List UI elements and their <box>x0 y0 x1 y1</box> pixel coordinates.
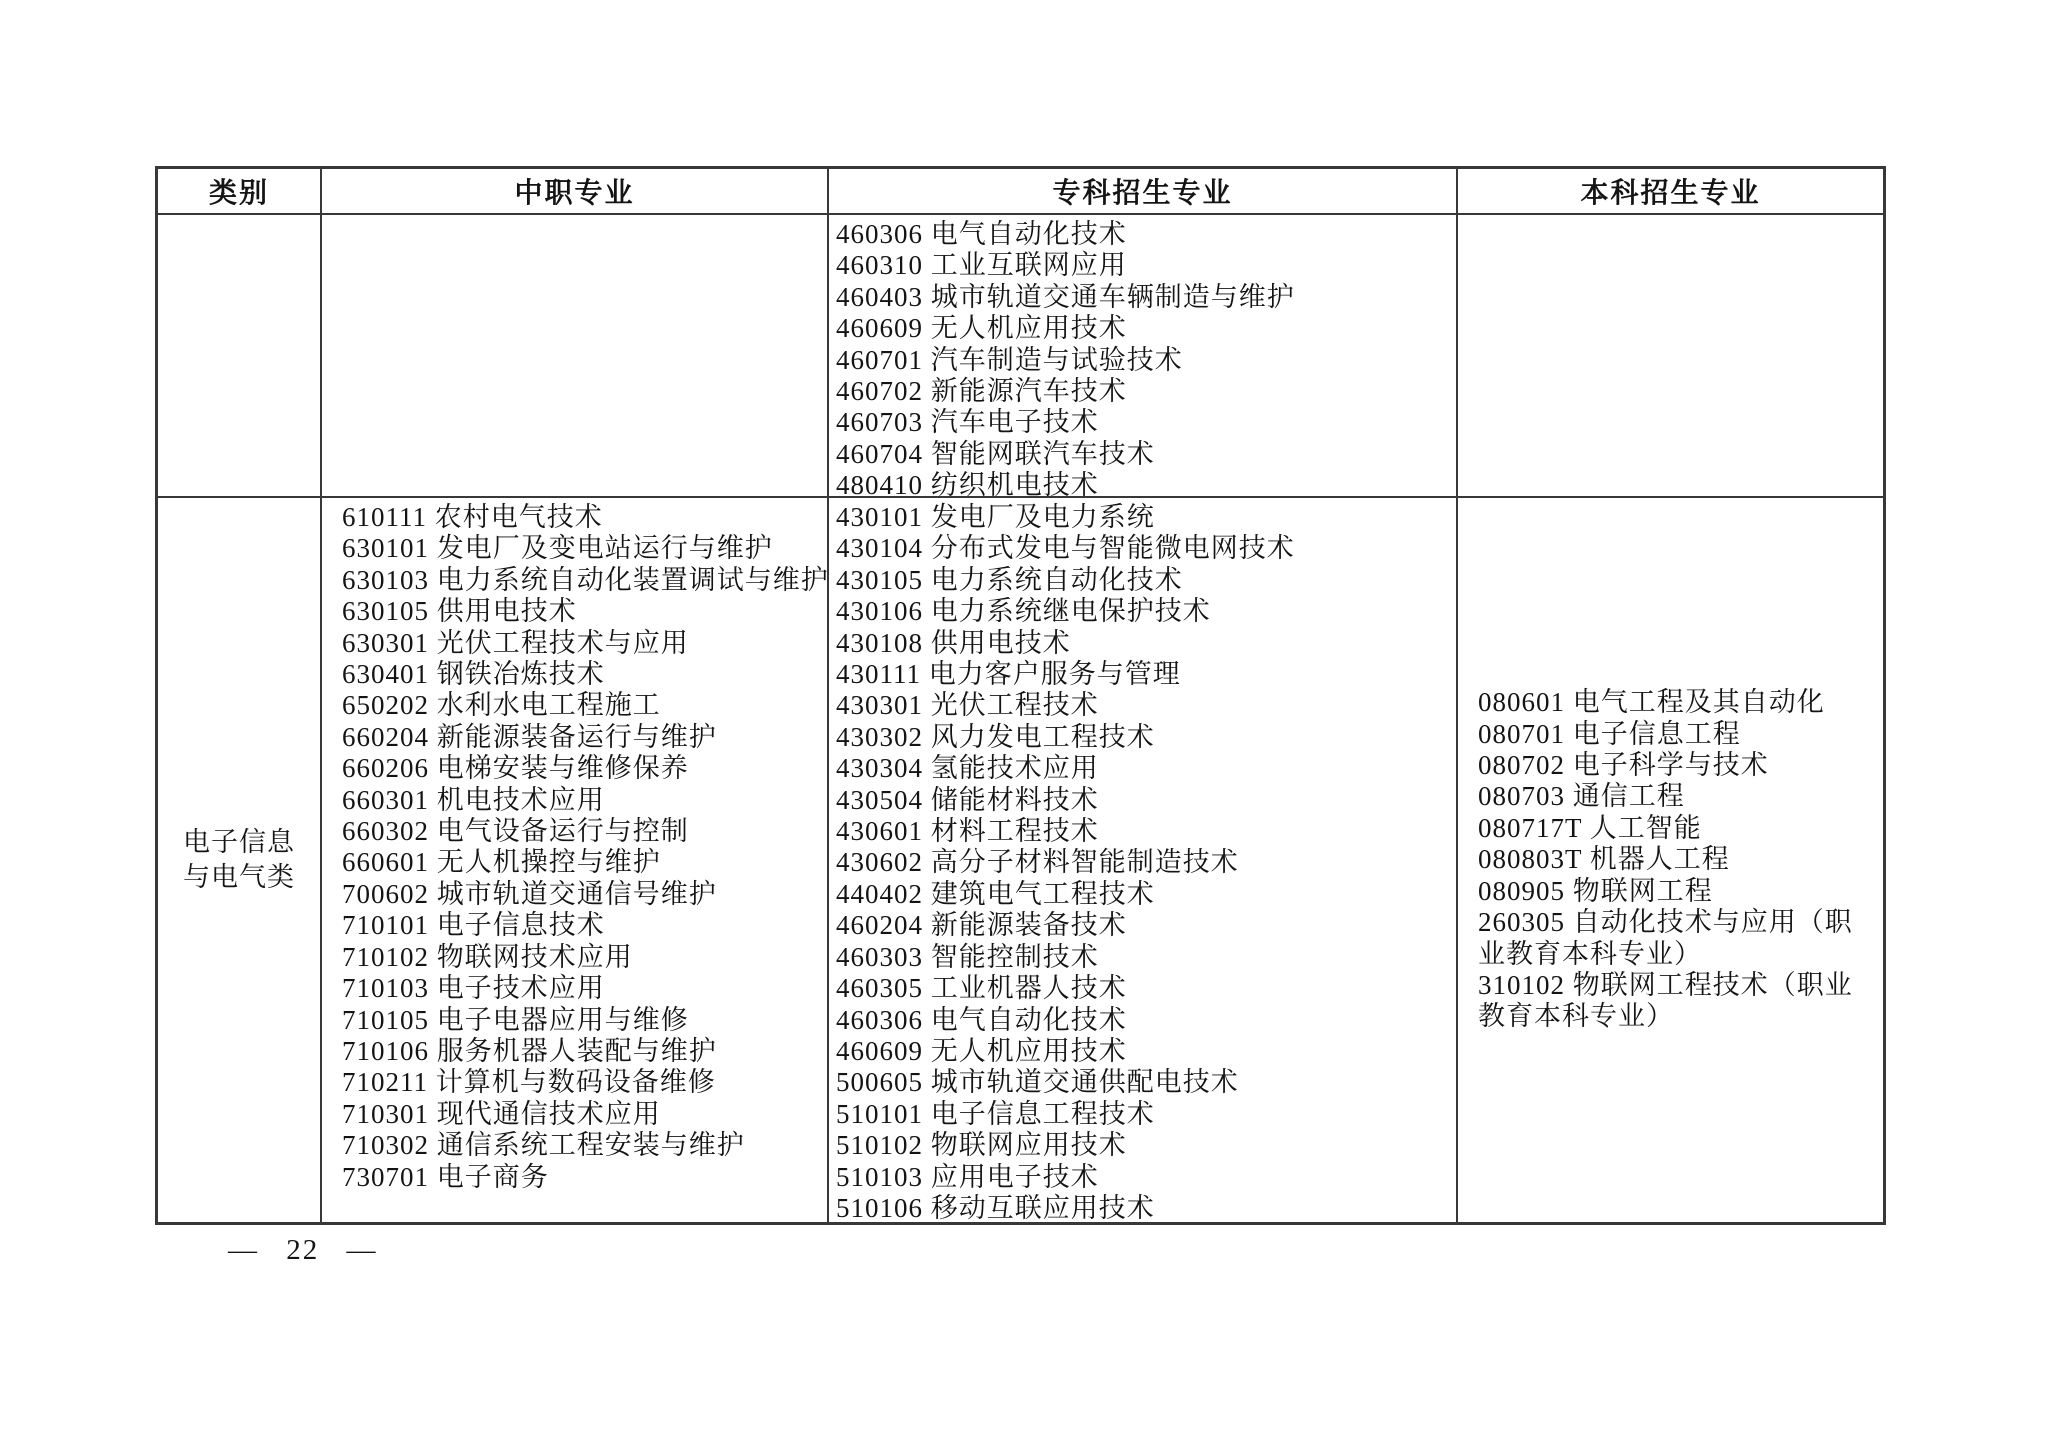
major-item: 440402 建筑电气工程技术 <box>836 879 1456 910</box>
major-item: 630103 电力系统自动化装置调试与维护 <box>342 565 827 596</box>
major-item: 430601 材料工程技术 <box>836 816 1456 847</box>
major-item: 430301 光伏工程技术 <box>836 690 1456 721</box>
page-number: — 22 — <box>228 1234 378 1267</box>
major-item: 260305 自动化技术与应用（职业教育本科专业） <box>1478 907 1875 970</box>
major-item: 630401 钢铁冶炼技术 <box>342 659 827 690</box>
major-item: 710102 物联网技术应用 <box>342 942 827 973</box>
majors-table: 类别 中职专业 专科招生专业 本科招生专业 460306 电气自动化技术4603… <box>155 166 1886 1225</box>
category-line: 电子信息 <box>183 825 295 860</box>
major-item: 710106 服务机器人装配与维护 <box>342 1036 827 1067</box>
major-item: 660204 新能源装备运行与维护 <box>342 722 827 753</box>
header-category: 类别 <box>158 169 322 215</box>
major-item: 080703 通信工程 <box>1478 781 1875 812</box>
major-item: 460306 电气自动化技术 <box>836 1005 1456 1036</box>
major-item: 660301 机电技术应用 <box>342 785 827 816</box>
major-item: 710301 现代通信技术应用 <box>342 1099 827 1130</box>
header-zhongzhi-majors: 中职专业 <box>322 169 829 215</box>
major-item: 730701 电子商务 <box>342 1162 827 1193</box>
major-item: 430302 风力发电工程技术 <box>836 722 1456 753</box>
major-item: 660601 无人机操控与维护 <box>342 847 827 878</box>
document-page: 类别 中职专业 专科招生专业 本科招生专业 460306 电气自动化技术4603… <box>0 0 2048 1448</box>
row1-zhongzhi-cell <box>322 215 829 498</box>
major-item: 430104 分布式发电与智能微电网技术 <box>836 533 1456 564</box>
row1-benke-cell <box>1458 215 1883 498</box>
major-item: 710105 电子电器应用与维修 <box>342 1005 827 1036</box>
major-item: 610111 农村电气技术 <box>342 502 827 533</box>
header-benke-majors: 本科招生专业 <box>1458 169 1883 215</box>
major-item: 430504 储能材料技术 <box>836 785 1456 816</box>
major-item: 460306 电气自动化技术 <box>836 219 1456 250</box>
major-item: 660302 电气设备运行与控制 <box>342 816 827 847</box>
major-item: 630105 供用电技术 <box>342 596 827 627</box>
category-line: 与电气类 <box>183 860 295 895</box>
major-item: 310102 物联网工程技术（职业教育本科专业） <box>1478 970 1875 1033</box>
major-item: 460609 无人机应用技术 <box>836 313 1456 344</box>
major-item: 510103 应用电子技术 <box>836 1162 1456 1193</box>
major-item: 430111 电力客户服务与管理 <box>836 659 1456 690</box>
major-item: 510102 物联网应用技术 <box>836 1130 1456 1161</box>
major-item: 460303 智能控制技术 <box>836 942 1456 973</box>
major-item: 460703 汽车电子技术 <box>836 407 1456 438</box>
major-item: 460305 工业机器人技术 <box>836 973 1456 1004</box>
major-item: 710101 电子信息技术 <box>342 910 827 941</box>
major-item: 460204 新能源装备技术 <box>836 910 1456 941</box>
major-item: 430304 氢能技术应用 <box>836 753 1456 784</box>
major-item: 430101 发电厂及电力系统 <box>836 502 1456 533</box>
row1-category-cell <box>158 215 322 498</box>
row2-category-cell: 电子信息与电气类 <box>158 498 322 1222</box>
major-item: 080702 电子科学与技术 <box>1478 750 1875 781</box>
major-item: 700602 城市轨道交通信号维护 <box>342 879 827 910</box>
row2-zhongzhi-list: 610111 农村电气技术630101 发电厂及变电站运行与维护630103 电… <box>322 498 829 1222</box>
major-item: 080701 电子信息工程 <box>1478 719 1875 750</box>
major-item: 460403 城市轨道交通车辆制造与维护 <box>836 282 1456 313</box>
major-item: 430108 供用电技术 <box>836 628 1456 659</box>
major-item: 460704 智能网联汽车技术 <box>836 439 1456 470</box>
major-item: 460310 工业互联网应用 <box>836 250 1456 281</box>
major-item: 630301 光伏工程技术与应用 <box>342 628 827 659</box>
major-item: 710302 通信系统工程安装与维护 <box>342 1130 827 1161</box>
major-item: 510101 电子信息工程技术 <box>836 1099 1456 1130</box>
major-item: 510106 移动互联应用技术 <box>836 1193 1456 1222</box>
major-item: 710211 计算机与数码设备维修 <box>342 1067 827 1098</box>
major-item: 430602 高分子材料智能制造技术 <box>836 847 1456 878</box>
major-item: 500605 城市轨道交通供配电技术 <box>836 1067 1456 1098</box>
major-item: 430106 电力系统继电保护技术 <box>836 596 1456 627</box>
major-item: 080803T 机器人工程 <box>1478 844 1875 875</box>
major-item: 710103 电子技术应用 <box>342 973 827 1004</box>
major-item: 460609 无人机应用技术 <box>836 1036 1456 1067</box>
major-item: 460702 新能源汽车技术 <box>836 376 1456 407</box>
major-item: 650202 水利水电工程施工 <box>342 690 827 721</box>
major-item: 460701 汽车制造与试验技术 <box>836 345 1456 376</box>
row2-zhuanke-list: 430101 发电厂及电力系统430104 分布式发电与智能微电网技术43010… <box>829 498 1458 1222</box>
major-item: 080905 物联网工程 <box>1478 876 1875 907</box>
major-item: 660206 电梯安装与维修保养 <box>342 753 827 784</box>
header-zhuanke-majors: 专科招生专业 <box>829 169 1458 215</box>
major-item: 630101 发电厂及变电站运行与维护 <box>342 533 827 564</box>
major-item: 480410 纺织机电技术 <box>836 470 1456 498</box>
major-item: 080717T 人工智能 <box>1478 813 1875 844</box>
row2-benke-list: 080601 电气工程及其自动化080701 电子信息工程080702 电子科学… <box>1458 498 1883 1222</box>
major-item: 430105 电力系统自动化技术 <box>836 565 1456 596</box>
row1-zhuanke-list: 460306 电气自动化技术460310 工业互联网应用460403 城市轨道交… <box>829 215 1458 498</box>
major-item: 080601 电气工程及其自动化 <box>1478 687 1875 718</box>
